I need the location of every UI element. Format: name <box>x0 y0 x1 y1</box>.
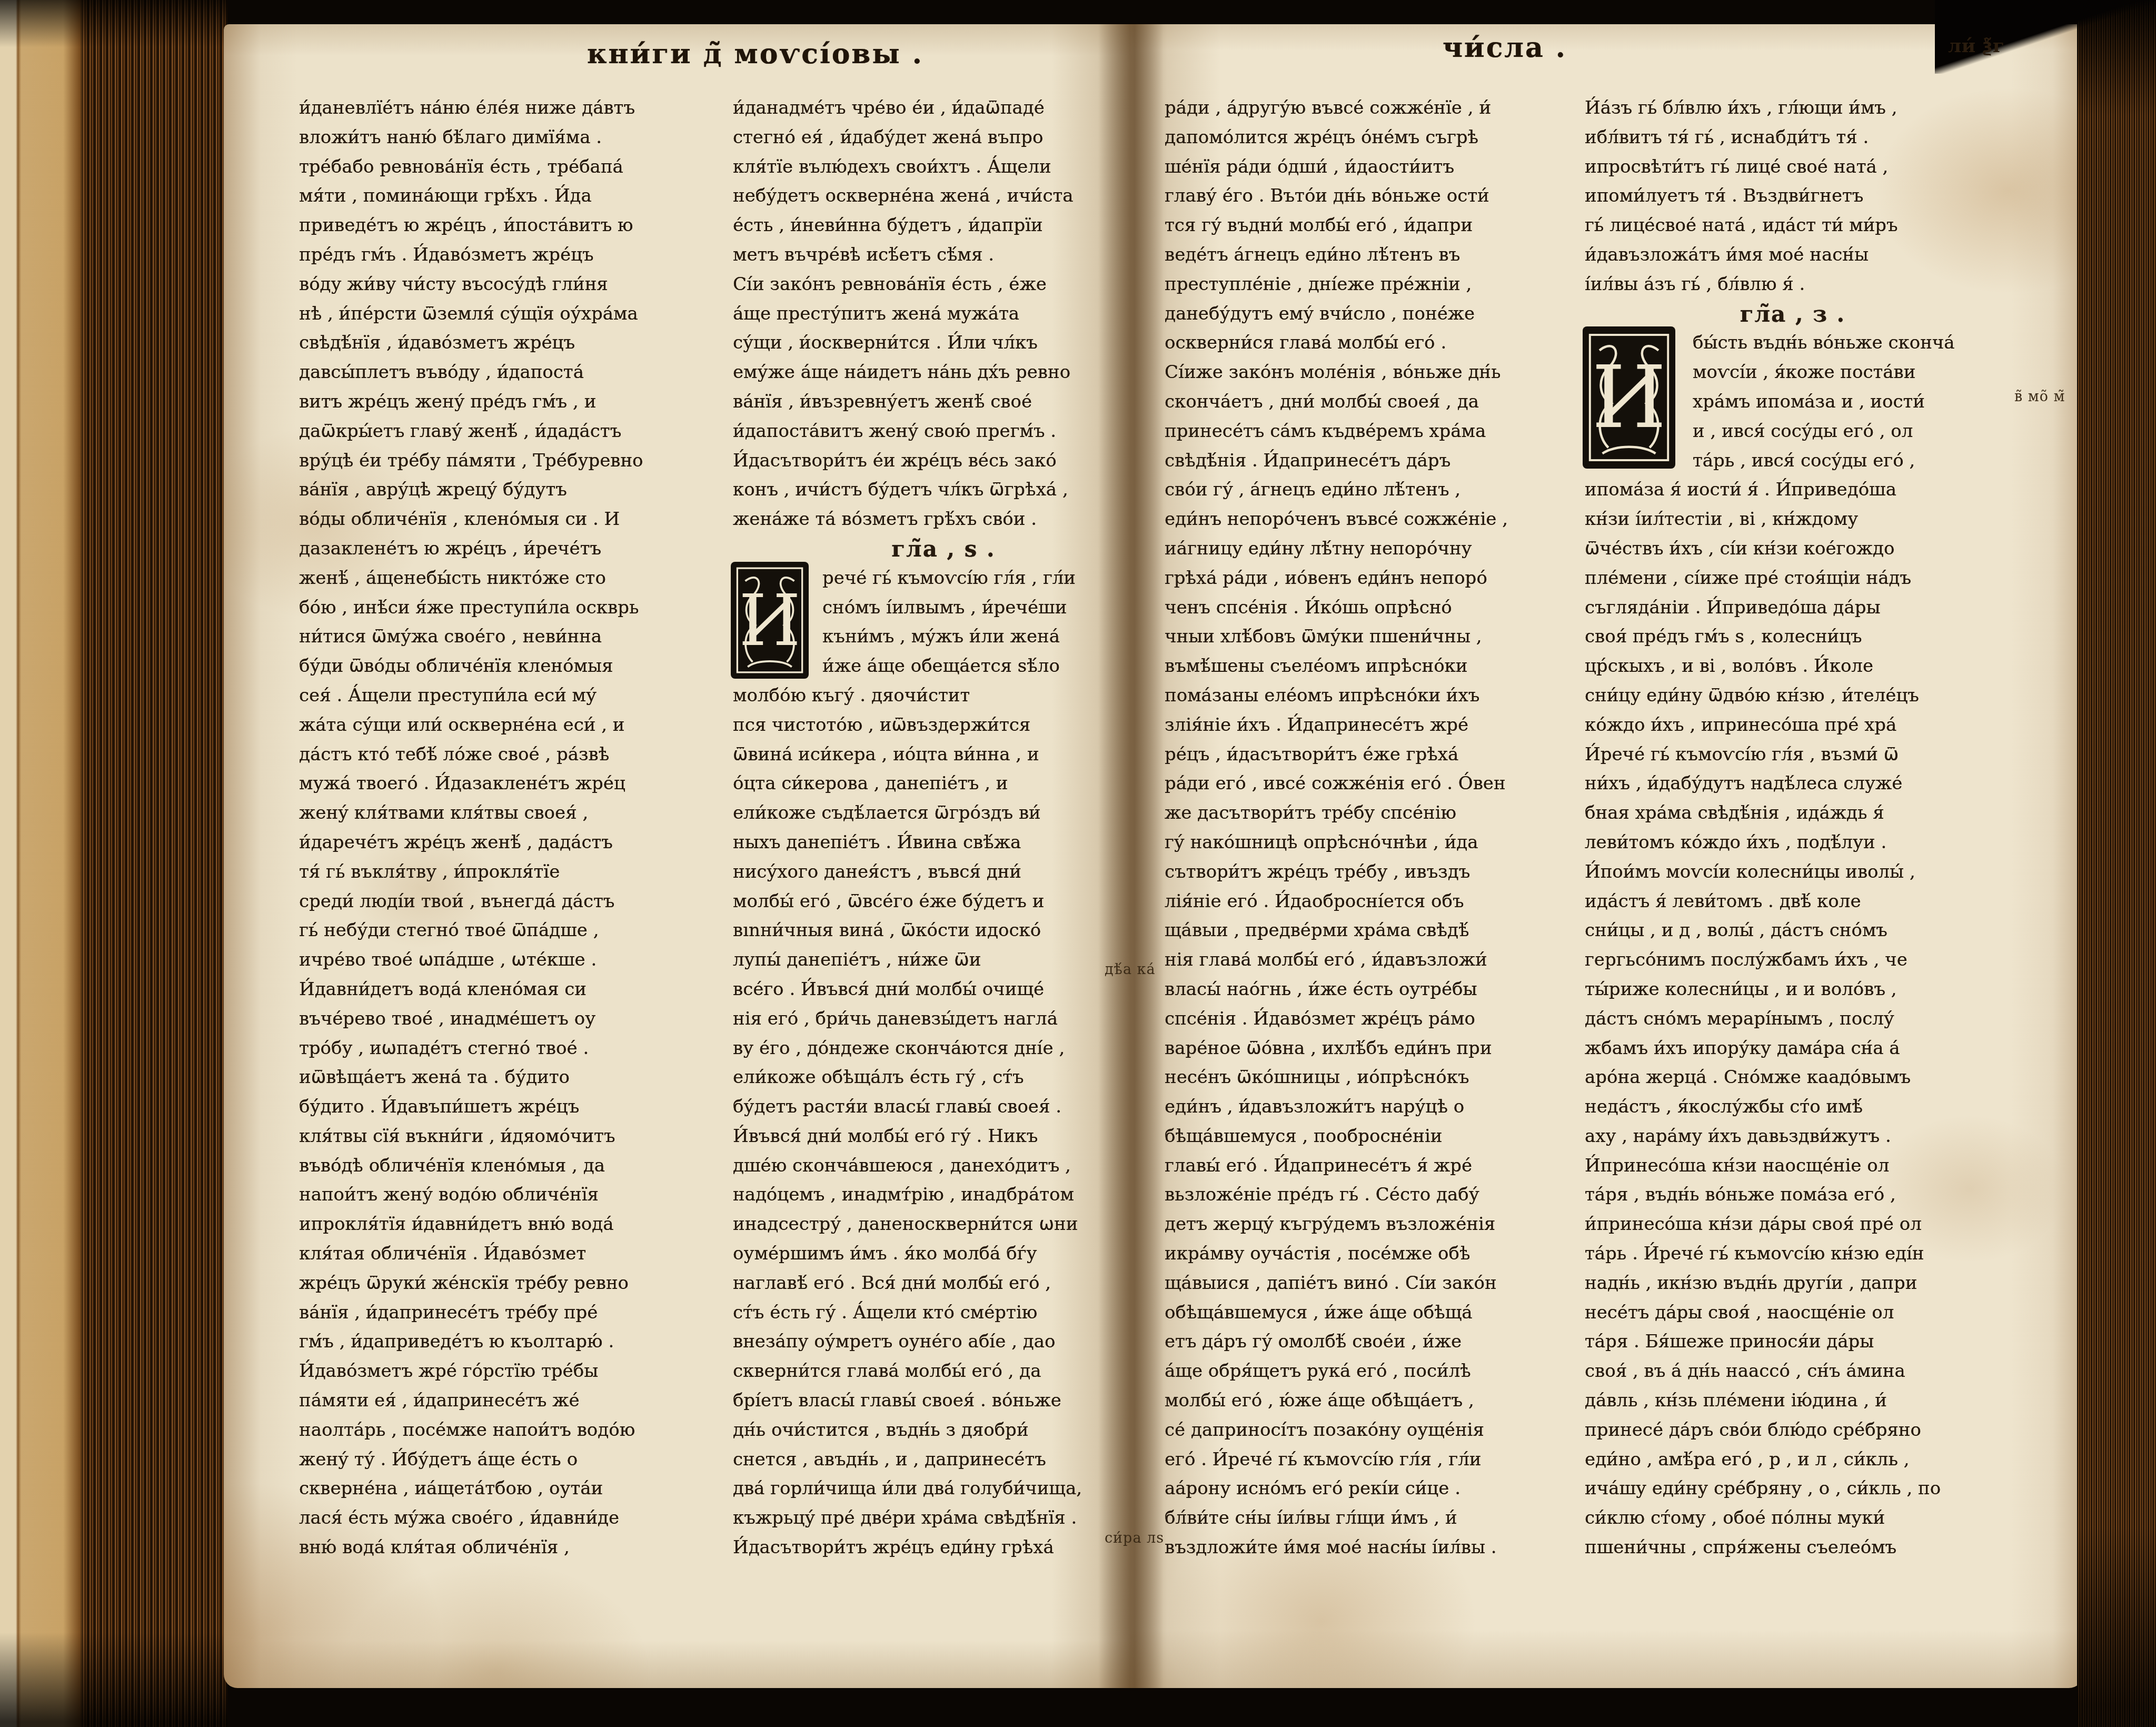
text-line: да́стъ сно́мъ мерарі́нымъ , послу́ <box>1585 1005 2001 1034</box>
text-line: а́ще престу́питъ жена́ мужа́та <box>733 300 1154 329</box>
text-line: сво́и гу́ , а́гнецъ еди́но лѣ́тенъ , <box>1165 475 1581 505</box>
text-line: мя́ти , помина́ющи грѣ́хъ . И́да <box>299 182 720 211</box>
text-line: лася́ е́сть му́жа свое́го , и́давни́де <box>299 1504 720 1533</box>
text-line: кля́тая обличе́нїя . И́даво́змет <box>299 1239 720 1269</box>
text-line: И́въвся́ дни́ молбы́ его́ гу́ . Никъ <box>733 1122 1154 1152</box>
text-line: і́ил́вы а́зъ гь́ , бл́влю я́ . <box>1585 270 2001 300</box>
text-line: ща́выи , предве́рми хра́ма свѣдѣ́ <box>1165 916 1581 946</box>
text-line: жена́же та́ во́зметъ грѣ́хъ сво́и . <box>733 505 1154 534</box>
text-line: ипросвѣти́тъ гь́ лице́ свое́ ната́ , <box>1585 153 2001 182</box>
text-line: надн́ь , икн́зю въдн́ь другі́и , дапри <box>1585 1269 2001 1298</box>
text-line: гм́ъ , и́даприведе́тъ ю къолтарю́ . <box>299 1327 720 1357</box>
text-line: пле́мени , сі́иже пре́ стоя́щіи на́дъ <box>1585 564 2001 593</box>
text-line: въво́дѣ обличе́нїя клено́мыя , да <box>299 1152 720 1181</box>
text-line: тся гу́ въдни́ молбы́ его́ , и́дапри <box>1165 211 1581 241</box>
text-line: давсы́плетъ въво́ду , и́дапоста́ <box>299 358 720 388</box>
text-line: та́рь . И́рече́ гь́ къмоѵсі́ю кн́зю еді́… <box>1585 1239 2001 1269</box>
text-line: снется , авъдн́ь , и , дапринесе́тъ <box>733 1445 1154 1475</box>
text-line: и́данадме́тъ чре́во е́и , и́даѿпаде́ <box>733 94 1154 123</box>
text-line: ва́нїя , и́дапринесе́тъ тре́бу пре́ <box>299 1298 720 1328</box>
ornate-initial-letter: И <box>1585 329 1673 467</box>
text-line: а́ще обря́щетъ рука́ его́ , поси́лѣ <box>1165 1357 1581 1386</box>
text-line: аху , нара́му и́хъ давьздви́жутъ . <box>1585 1122 2001 1152</box>
text-line: бл́ви́те сн́ы і́ил́вы гл́щи и́мъ , и́ <box>1165 1504 1581 1533</box>
text-line: леви́томъ ко́ждо и́хъ , подѣ́луи . <box>1585 828 2001 858</box>
text-line: кля́тїе вълю́дехъ свои́хтъ . А́щели <box>733 153 1154 182</box>
text-line: во́ду жи́ву чи́сту въсосу́дѣ гли́ня <box>299 270 720 300</box>
text-line: женѣ́ , а́щенебы́сть никто́же сто <box>299 564 720 593</box>
text-line: та́ря . Бя́шеже принося́и да́ры <box>1585 1327 2001 1357</box>
text-line: И́давни́детъ вода́ клено́мая си <box>299 975 720 1005</box>
text-line: скверне́на , иа́щета́тбою , оута́и <box>299 1474 720 1504</box>
text-line: ичре́во твое́ ѡпа́дше , ѡте́кше . <box>299 946 720 975</box>
text-line: ко́ждо и́хъ , ипринесо́ша пре́ хра́ <box>1585 711 2001 740</box>
running-head-right: чи́сла . <box>1443 32 1567 64</box>
text-line: пре́дъ гм́ъ . И́даво́зметъ жре́цъ <box>299 241 720 270</box>
text-line: па́мяти ея́ , и́дапринесе́тъ же́ <box>299 1386 720 1416</box>
margin-note: дѣ́а ка́ <box>1105 961 1156 978</box>
text-line: бо́ю , инѣ́си я́же преступи́ла оскврь <box>299 593 720 623</box>
text-line: во́ды обличе́нїя , клено́мыя си . И <box>299 505 720 534</box>
text-line: лія́ніе его́ . И́даобросні́ется объ <box>1165 887 1581 917</box>
text-line: нія глава́ молбы́ его́ , и́давъзложи́ <box>1165 946 1581 975</box>
column-4: И́а́зъ гь́ бл́влю и́хъ , гл́ющи и́мъ ,иб… <box>1585 94 2001 1563</box>
text-line: тя́ гь́ въкля́тву , и́прокля́тїе <box>299 858 720 887</box>
text-line: и́даневлїе́тъ на́ню е́ле́я ниже да́втъ <box>299 94 720 123</box>
text-line: напои́тъ жену́ водо́ю обличе́нїя <box>299 1180 720 1210</box>
text-line: сконча́етъ , дни́ молбы́ своея́ , да <box>1165 388 1581 417</box>
text-line: еди́нъ непоро́ченъ въвсе́ сожже́ніе , <box>1165 505 1581 534</box>
text-line: принесе́ да́ръ сво́и блю́до сре́бряно <box>1585 1416 2001 1445</box>
text-line: ре́цъ , и́дасътвори́тъ е́же грѣха́ <box>1165 740 1581 770</box>
text-line: сни́цу еди́ну ѿдво́ю кн́зю , и́теле́цъ <box>1585 681 2001 711</box>
text-line: ва́нїя , и́възревну́етъ женѣ́ свое́ <box>733 388 1154 417</box>
text-line: метъ въчре́вѣ исѣ́етъ сѣ́мя . <box>733 241 1154 270</box>
column-2: и́данадме́тъ чре́во е́и , и́даѿпаде́стег… <box>733 94 1154 1563</box>
text-line: дазаклене́тъ ю жре́цъ , и́рече́тъ <box>299 534 720 564</box>
text-line: молбы́ его́ , ю́же а́ще обѣща́етъ , <box>1165 1386 1581 1416</box>
text-line: вню́ вода́ кля́тая обличе́нїя , <box>299 1533 720 1563</box>
margin-note: си́ра лѕ <box>1105 1530 1164 1546</box>
text-line: веде́тъ а́гнецъ еди́но лѣ́тенъ въ <box>1165 241 1581 270</box>
text-line: конъ , ичи́стъ бу́детъ чл́къ ѿгрѣха́ , <box>733 475 1154 505</box>
text-line: въмѣ́шены съеле́омъ ипрѣсно́ки <box>1165 652 1581 681</box>
text-line: ели́коже съдѣ́лается ѿгро́здъ ви́ <box>733 799 1154 828</box>
text-line: И́рече́ гь́ къмоѵсі́ю гл́я , възми́ ѿ <box>1585 740 2001 770</box>
text-line: главы́ его́ . И́дапринесе́тъ я́ жре́ <box>1165 1152 1581 1181</box>
text-line: И́дасътвори́тъ жре́цъ еди́ну грѣха́ <box>733 1533 1154 1563</box>
text-line: иѿвѣща́етъ жена́ та . бу́дито <box>299 1063 720 1093</box>
text-line: аро́на жерца́ . Сно́мже каадо́вымъ <box>1585 1063 2001 1093</box>
text-line: молбо́ю къгу́ . дяочи́стит <box>733 681 1154 711</box>
text-line: тро́бу , иѡпаде́тъ стегно́ твое́ . <box>299 1034 720 1064</box>
text-line: злія́ніе и́хъ . И́дапринесе́тъ жре́ <box>1165 711 1581 740</box>
text-line: витъ жре́цъ жену́ пре́дъ гм́ъ , и <box>299 388 720 417</box>
text-line: бная хра́ма свѣдѣ́нія , ида́ждь я́ <box>1585 799 2001 828</box>
text-line: надо́цемъ , инадмт́рію , инадбра́том <box>733 1180 1154 1210</box>
text-line: бу́детъ растя́и власы́ главы́ своея́ . <box>733 1093 1154 1122</box>
text-line: иа́гницу еди́ну лѣ́тну непоро́чну <box>1165 534 1581 564</box>
text-line: ни́тися ѿму́жа свое́го , неви́нна <box>299 622 720 652</box>
text-line: преступле́ніе , дні́еже пре́жніи , <box>1165 270 1581 300</box>
text-line: все́го . И́въвся́ дни́ молбы́ очище́ <box>733 975 1154 1005</box>
text-line: обѣща́вшемуся , и́же а́ще обѣща́ <box>1165 1298 1581 1328</box>
text-line: ты́риже колесни́цы , и и воло́въ , <box>1585 975 2001 1005</box>
text-line: и́дарече́тъ жре́цъ женѣ́ , дада́стъ <box>299 828 720 858</box>
text-line: данебу́дутъ ему́ вчи́сло , поне́же <box>1165 300 1581 329</box>
text-line: детъ жерцу́ къгру́демъ възложе́нія <box>1165 1210 1581 1239</box>
text-line: ибл́витъ тя́ гь́ , иснабди́тъ тя́ . <box>1585 123 2001 153</box>
text-line: ва́нїя , авру́цѣ жрецу́ бу́дутъ <box>299 475 720 505</box>
text-line: мужа́ твоего́ . И́дазаклене́тъ жре́ц <box>299 769 720 799</box>
text-line: нису́хого данея́стъ , въвся́ дни́ <box>733 858 1154 887</box>
text-line: два́ горли́чища и́ли два́ голуби́чища, <box>733 1474 1154 1504</box>
text-line: съгляда́ніи . И́приведо́ша да́ры <box>1585 593 2001 623</box>
text-line: варе́ное ѿо́вна , ихлѣ́бъ еди́нъ при <box>1165 1034 1581 1064</box>
book-fore-edge-right <box>2077 0 2156 1727</box>
text-line: бу́дито . И́давъпи́шетъ жре́цъ <box>299 1093 720 1122</box>
text-line: су́щи , и́оскверни́тся . И́ли чл́къ <box>733 329 1154 358</box>
text-line: о́цта си́керова , данепіе́тъ , и <box>733 769 1154 799</box>
text-line: инадсестру́ , даненоскверни́тся ѡни <box>733 1210 1154 1239</box>
text-line: ву е́го , до́ндеже сконча́ются дні́е , <box>733 1034 1154 1064</box>
text-line: ипоми́луетъ тя́ . Въздви́гнетъ <box>1585 182 2001 211</box>
text-line: си́клю ст́ому , обое́ по́лны муки́ <box>1585 1504 2001 1533</box>
text-line: пся чистото́ю , иѿвъздержи́тся <box>733 711 1154 740</box>
text-line: ра́ди его́ , ивсе́ сожже́нія его́ . О́ве… <box>1165 769 1581 799</box>
text-line: ченъ спсе́нія . И́ко́шь опрѣсно́ <box>1165 593 1581 623</box>
text-line: ѿче́ствъ и́хъ , сі́и кн́зи кое́гождо <box>1585 534 2001 564</box>
margin-note: в̃ мо̃ м̃ <box>2014 389 2065 405</box>
text-line: въче́рево твое́ , инадме́шетъ оу <box>299 1005 720 1034</box>
text-line: молбы́ его́ , ѿвсе́го е́же бу́детъ и <box>733 887 1154 917</box>
text-line: е́сть , и́неви́нна бу́детъ , и́дапрїи <box>733 211 1154 241</box>
text-line: вложи́тъ наню́ бѣ́лаго димїя́ма . <box>299 123 720 153</box>
text-line: и́давъзложа́тъ и́мя мое́ насн́ы <box>1585 241 2001 270</box>
text-line: стегно́ ея́ , и́дабу́дет жена́ въпро <box>733 123 1154 153</box>
chapter-heading: гл̃а , ѕ . <box>733 534 1154 564</box>
text-line: еди́нъ , и́давъзложи́тъ нару́цѣ о <box>1165 1093 1581 1122</box>
text-line: несе́тъ да́ры своя́ , наосще́ніе ол <box>1585 1298 2001 1328</box>
text-line: даѿкры́етъ главу́ женѣ́ , и́дада́стъ <box>299 417 720 446</box>
text-line: жа́та су́щи или́ оскверне́на еси́ , и <box>299 711 720 740</box>
text-line: етъ да́ръ гу́ омолбѣ́ свое́и , и́же <box>1165 1327 1581 1357</box>
text-line: гу́ нако́шницѣ опрѣсно́чнѣи , и́да <box>1165 828 1581 858</box>
text-line: вру́цѣ е́и тре́бу па́мяти , Тре́буревно <box>299 446 720 476</box>
running-head-left: кни́ги д̃ моѵсі́овы . <box>587 38 923 70</box>
text-line: принесе́тъ са́мъ къдве́ремъ хра́ма <box>1165 417 1581 446</box>
text-line: И́принесо́ша кн́зи наосще́ніе ол <box>1585 1152 2001 1181</box>
text-line: цр́скыхъ , и ві , воло́въ . И́коле <box>1585 652 2001 681</box>
text-line: жену́ ту́ . И́бу́детъ а́ще е́сть о <box>299 1445 720 1475</box>
ornate-initial-letter: И <box>733 564 807 677</box>
text-line: пома́заны еле́омъ ипрѣсно́ки и́хъ <box>1165 681 1581 711</box>
text-line: его́ . И́рече́ гь́ къмоѵсі́ю гл́я , гл́и <box>1165 1445 1581 1475</box>
text-line: ше́нїя ра́ди о́дши́ , и́даости́итъ <box>1165 153 1581 182</box>
text-line: внеза́пу оу́мретъ оуне́го абі́е , дао <box>733 1327 1154 1357</box>
text-line: нія его́ , бри́чь даневзы́детъ нагла́ <box>733 1005 1154 1034</box>
text-line: своя́ , въ а́ дн́ь наассо́ , сн́ъ а́мина <box>1585 1357 2001 1386</box>
text-line: сни́цы , и д , волы́ , да́стъ сно́мъ <box>1585 916 2001 946</box>
text-line: Сі́иже зако́нъ моле́нія , во́ньже дн́ь <box>1165 358 1581 388</box>
text-line: да́стъ кто́ тебѣ́ ло́же свое́ , ра́звѣ <box>299 740 720 770</box>
initial-letter-woodcut: И <box>733 564 807 677</box>
text-line: ст́ъ е́сть гу́ . А́щели кто́ сме́ртію <box>733 1298 1154 1328</box>
text-line: и́принесо́ша кн́зи да́ры своя́ пре́ ол <box>1585 1210 2001 1239</box>
text-line: среди́ люді́и твои́ , вънегда́ да́стъ <box>299 887 720 917</box>
text-line: небу́детъ оскверне́на жена́ , ичи́ста <box>733 182 1154 211</box>
text-line: сътвори́тъ жре́цъ тре́бу , ивъздъ <box>1165 858 1581 887</box>
text-line: нѣ , и́пе́рсти ѿземля́ су́щїя оу́хра́ма <box>299 300 720 329</box>
text-line: тре́бабо ревнова́нїя е́сть , тре́бапа́ <box>299 153 720 182</box>
text-line: кля́твы сїя́ въкни́ги , и́дяомо́читъ <box>299 1122 720 1152</box>
text-line: брі́етъ власы́ главы́ своея́ . во́ньже <box>733 1386 1154 1416</box>
text-line: къжрьцу́ пре́ две́ри хра́ма свѣдѣ́нїя . <box>733 1504 1154 1533</box>
book-fore-edge-left <box>0 0 227 1727</box>
initial-letter-woodcut: И <box>1585 329 1673 467</box>
text-line: же дасътвори́тъ тре́бу спсе́нію <box>1165 799 1581 828</box>
text-line: дн́ь очи́стится , въдн́ь з дяобри́ <box>733 1416 1154 1445</box>
text-line: ича́шу еди́ну сре́бряну , о , си́кль , п… <box>1585 1474 2001 1504</box>
text-line: ему́же а́ще на́идетъ на́нь дх́ъ ревно <box>733 358 1154 388</box>
text-line: И́даво́зметъ жре́ го́рстїю тре́бы <box>299 1357 720 1386</box>
column-1: и́даневлїе́тъ на́ню е́ле́я ниже да́втъвл… <box>299 94 720 1563</box>
text-line: ща́выися , дапіе́тъ вино́ . Сі́и зако́н <box>1165 1269 1581 1298</box>
text-line: икра́мву оуча́стія , посе́мже обѣ <box>1165 1239 1581 1269</box>
text-line: грѣха́ ра́ди , ио́венъ еди́нъ непоро́ <box>1165 564 1581 593</box>
text-line: ипома́за я́ иости́ я́ . И́приведо́ша <box>1585 475 2001 505</box>
text-line: сея́ . А́щели преступи́ла еси́ му́ <box>299 681 720 711</box>
text-line: гергьсо́нимъ послу́жбамъ и́хъ , че <box>1585 946 2001 975</box>
text-line: вьзложе́ніе пре́дъ гь́ . Се́сто дабу́ <box>1165 1180 1581 1210</box>
text-line: приведе́тъ ю жре́цъ , и́поста́витъ ю <box>299 211 720 241</box>
text-line: жре́цъ ѿруки́ же́нскїя тре́бу ревно <box>299 1269 720 1298</box>
svg-text:И: И <box>739 579 801 661</box>
text-line: наглавѣ́ его́ . Вся́ дни́ молбы́ его́ , <box>733 1269 1154 1298</box>
text-line: вınни́чныя вина́ , ѿко́сти идоско́ <box>733 916 1154 946</box>
text-line: наолта́рь , посе́мже напои́тъ водо́ю <box>299 1416 720 1445</box>
text-line: ни́хъ , и́дабу́дутъ надѣ́леса служе́ <box>1585 769 2001 799</box>
text-line: неда́стъ , я́кослу́жбы ст́о имѣ́ <box>1585 1093 2001 1122</box>
text-line: власы́ нао́гнь , и́же е́сть оутре́бы <box>1165 975 1581 1005</box>
svg-text:И: И <box>1592 348 1666 448</box>
text-line: се́ даприносі́тъ позако́ну оуще́нія <box>1165 1416 1581 1445</box>
text-line: И́пои́мъ моѵсі́и колесни́цы иволы́ , <box>1585 858 2001 887</box>
text-line: главу́ е́го . Въто́и дн́ь во́ньже ости́ <box>1165 182 1581 211</box>
text-line: бу́ди ѿво́ды обличе́нїя клено́мыя <box>299 652 720 681</box>
text-line: свѣдѣ́нія . И́дапринесе́тъ да́ръ <box>1165 446 1581 476</box>
text-line: дше́ю сконча́вшеюся , данехо́дитъ , <box>733 1152 1154 1181</box>
chapter-heading: гл̃а , з . <box>1585 300 2001 329</box>
text-line: въздложи́те и́мя мое́ насн́ы і́ил́вы . <box>1165 1533 1581 1563</box>
text-line: гь́ лице́свое́ ната́ , ида́ст ти́ ми́ръ <box>1585 211 2001 241</box>
folio-number: ли́ ѯ̃г <box>1948 35 2004 57</box>
text-line: скверни́тся глава́ молбы́ его́ , да <box>733 1357 1154 1386</box>
text-line: И́а́зъ гь́ бл́влю и́хъ , гл́ющи и́мъ , <box>1585 94 2001 123</box>
column-3: ра́ди , а́другу́ю въвсе́ сожже́нїе , и́д… <box>1165 94 1581 1563</box>
text-line: ипрокля́тїя и́давни́детъ вню́ вода́ <box>299 1210 720 1239</box>
text-line: да́вль , кн́зь пле́мени ію́дина , и́ <box>1585 1386 2001 1416</box>
text-line: жену́ кля́твами кля́твы своея́ , <box>299 799 720 828</box>
text-line: спсе́нія . И́даво́змет жре́цъ ра́мо <box>1165 1005 1581 1034</box>
text-line: дапомо́лится жре́цъ о́не́мъ съгрѣ <box>1165 123 1581 153</box>
text-line: Сі́и зако́нъ ревнова́нїя е́сть , е́же <box>733 270 1154 300</box>
text-line: еди́но , амѣ́ра его́ , р , и л , си́кль … <box>1585 1445 2001 1475</box>
text-line: и́дапоста́витъ жену́ свою́ прегм́ъ . <box>733 417 1154 446</box>
text-line: жбамъ и́хъ ипору́ку дама́ра сн́а а́ <box>1585 1034 2001 1064</box>
text-line: ѿвина́ иси́кера , ио́цта ви́нна , и <box>733 740 1154 770</box>
text-line: кн́зи і́ил́тестіи , ві , кн́ждому <box>1585 505 2001 534</box>
text-line: гь́ небу́ди стегно́ твое́ ѿпа́дше , <box>299 916 720 946</box>
text-line: лупы́ данепіе́тъ , ни́же ѿи <box>733 946 1154 975</box>
text-line: несе́нъ ѿко́шницы , ио́прѣсно́къ <box>1165 1063 1581 1093</box>
text-line: И́дасътвори́тъ е́и жре́цъ ве́сь зако́ <box>733 446 1154 476</box>
text-line: ныхъ данепіе́тъ . И́вина свѣ́жа <box>733 828 1154 858</box>
text-line: оуме́ршимъ и́мъ . я́ко молба́ бѓу <box>733 1239 1154 1269</box>
text-line: ели́коже обѣща́лъ е́сть гу́ , ст́ъ <box>733 1063 1154 1093</box>
text-line: ра́ди , а́другу́ю въвсе́ сожже́нїе , и́ <box>1165 94 1581 123</box>
text-line: оскверни́ся глава́ молбы́ его́ . <box>1165 329 1581 358</box>
text-line: ида́стъ я́ леви́томъ . двѣ́ коле <box>1585 887 2001 917</box>
text-line: бѣща́вшемуся , пообросне́ніи <box>1165 1122 1581 1152</box>
text-line: чныи хлѣ́бовъ ѿму́ки пшени́чны , <box>1165 622 1581 652</box>
text-line: своя́ пре́дъ гм́ъ ѕ , колесни́цъ <box>1585 622 2001 652</box>
text-line: пшени́чны , спря́жены съелео́мъ <box>1585 1533 2001 1563</box>
text-line: аа́рону исно́мъ его́ рекі́и си́це . <box>1165 1474 1581 1504</box>
text-line: та́ря , въдн́ь во́ньже пома́за его́ , <box>1585 1180 2001 1210</box>
text-line: свѣдѣ́нїя , и́даво́зметъ жре́цъ <box>299 329 720 358</box>
